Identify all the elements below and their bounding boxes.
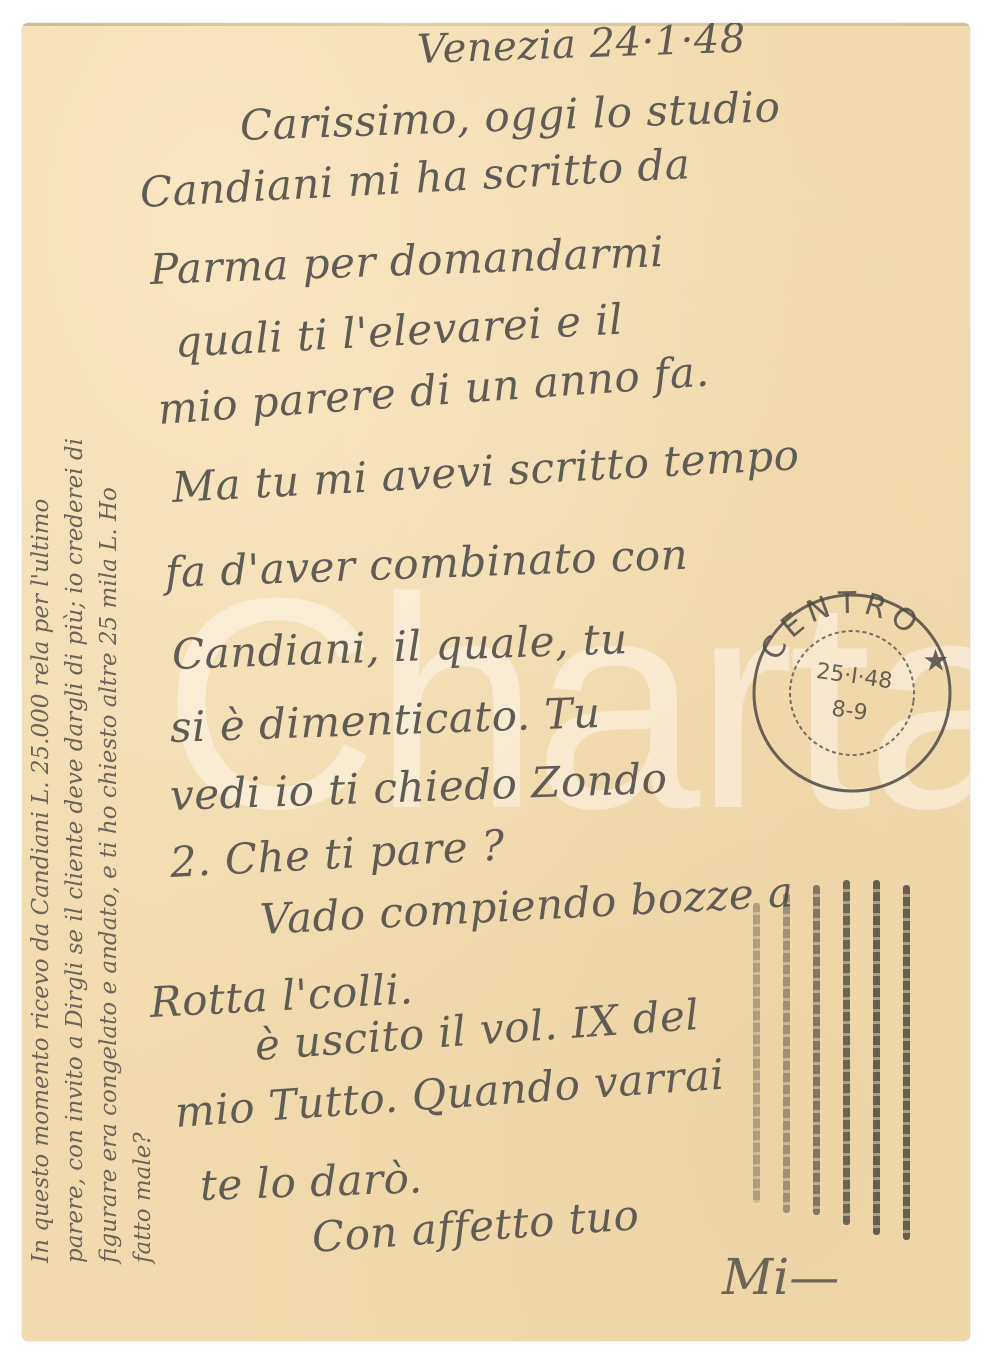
cancellation-bar bbox=[753, 903, 760, 1203]
cancellation-bar bbox=[783, 893, 790, 1213]
cancellation-bar bbox=[813, 885, 820, 1215]
body-line: Carissimo, oggi lo studio bbox=[239, 82, 781, 150]
place-date: Venezia 24·1·48 bbox=[416, 23, 746, 73]
body-line: Vado compiendo bozze a bbox=[259, 867, 795, 944]
cancellation-bar bbox=[903, 885, 910, 1240]
page: Charta Venezia 24·1·48 Carissimo, oggi l… bbox=[0, 0, 1000, 1371]
signature: Mi— bbox=[722, 1248, 839, 1306]
body-line: fa d'aver combinato con bbox=[164, 530, 689, 597]
cancellation-bar bbox=[873, 880, 880, 1235]
body-line: Candiani mi ha scritto da bbox=[139, 139, 692, 217]
body-line: Parma per domandarmi bbox=[149, 227, 665, 294]
margin-note: In questo momento ricevo da Candiani L. … bbox=[24, 63, 160, 1263]
body-line: vedi io ti chiedo Zondo bbox=[169, 754, 668, 820]
body-line: si è dimenticato. Tu bbox=[169, 688, 601, 752]
postmark-date: 25·I·48 bbox=[815, 659, 894, 694]
body-line: Ma tu mi avevi scritto tempo bbox=[171, 430, 801, 512]
postmark-circle-icon: CENTRO ★ PADOVA 25·I·48 8-9 bbox=[728, 569, 970, 817]
body-line: Candiani, il quale, tu bbox=[171, 614, 628, 679]
postmark-hour: 8-9 bbox=[830, 696, 869, 726]
postcard: Charta Venezia 24·1·48 Carissimo, oggi l… bbox=[22, 23, 970, 1341]
margin-note-line: In questo momento ricevo da Candiani L. … bbox=[24, 63, 58, 1263]
margin-note-line: figurare era congelato e andato, e ti ho… bbox=[92, 63, 126, 1263]
cancellation-bar bbox=[843, 880, 850, 1225]
body-line: 2. Che ti pare ? bbox=[169, 820, 506, 886]
postmark: CENTRO ★ PADOVA 25·I·48 8-9 bbox=[728, 569, 970, 817]
margin-note-line: parere, con invito a Dirgli se il client… bbox=[58, 63, 92, 1263]
margin-note-line: fatto male? bbox=[126, 63, 160, 1263]
body-line: te lo darò. bbox=[199, 1153, 423, 1210]
postmark-city: PADOVA bbox=[743, 569, 777, 579]
